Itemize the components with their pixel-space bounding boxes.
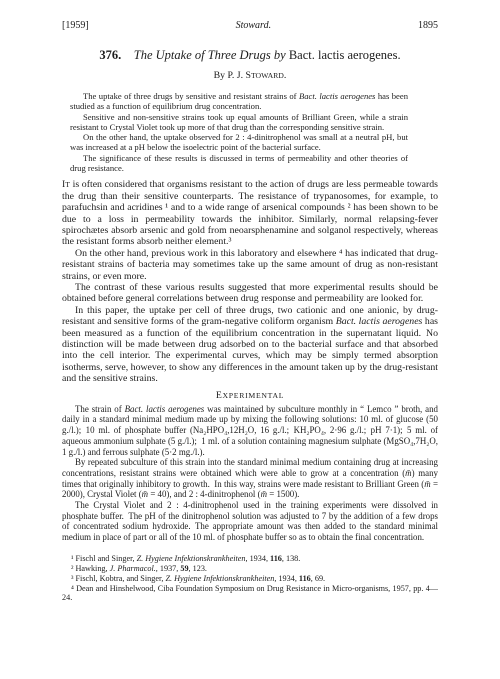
body-paragraph: In this paper, the uptake per cell of th…: [62, 305, 438, 385]
article-title: 376. The Uptake of Three Drugs by Bact. …: [62, 48, 438, 63]
footnote: ¹ Fischl and Singer, Z. Hygiene Infektio…: [62, 554, 438, 564]
abstract-paragraph: On the other hand, the uptake observed f…: [70, 132, 408, 153]
page-header: [1959] Stoward. 1895: [62, 20, 438, 32]
body-paragraph: The contrast of these various results su…: [62, 282, 438, 305]
body-paragraph: On the other hand, previous work in this…: [62, 248, 438, 282]
footnote: ³ Fischl, Kobtra, and Singer, Z. Hygiene…: [62, 574, 438, 584]
experimental-heading: EXPERIMENTAL: [62, 390, 438, 401]
body-paragraph: IT is often considered that organisms re…: [62, 179, 438, 247]
footnotes: ¹ Fischl and Singer, Z. Hygiene Infektio…: [62, 554, 438, 604]
abstract-paragraph: The uptake of three drugs by sensitive a…: [70, 91, 408, 112]
experimental-section: The strain of Bact. lactis aerogenes was…: [62, 404, 438, 543]
experimental-paragraph: By repeated subculture of this strain in…: [62, 457, 438, 500]
experimental-paragraph: The Crystal Violet and 2 : 4-dinitrophen…: [62, 500, 438, 543]
experimental-paragraph: The strain of Bact. lactis aerogenes was…: [62, 404, 438, 458]
header-year: [1959]: [62, 20, 89, 32]
journal-page: [1959] Stoward. 1895 376. The Uptake of …: [0, 0, 500, 679]
footnote: ⁴ Dean and Hinshelwood, Ciba Foundation …: [62, 584, 438, 604]
abstract-paragraph: Sensitive and non-sensitive strains took…: [70, 112, 408, 133]
running-head: Stoward.: [236, 20, 271, 32]
article-body: IT is often considered that organisms re…: [62, 179, 438, 384]
abstract-paragraph: The significance of these results is dis…: [70, 153, 408, 174]
page-number: 1895: [418, 20, 438, 32]
author-byline: By P. J. STOWARD.: [62, 70, 438, 81]
footnote: ² Hawking, J. Pharmacol., 1937, 59, 123.: [62, 564, 438, 574]
abstract: The uptake of three drugs by sensitive a…: [70, 91, 408, 173]
